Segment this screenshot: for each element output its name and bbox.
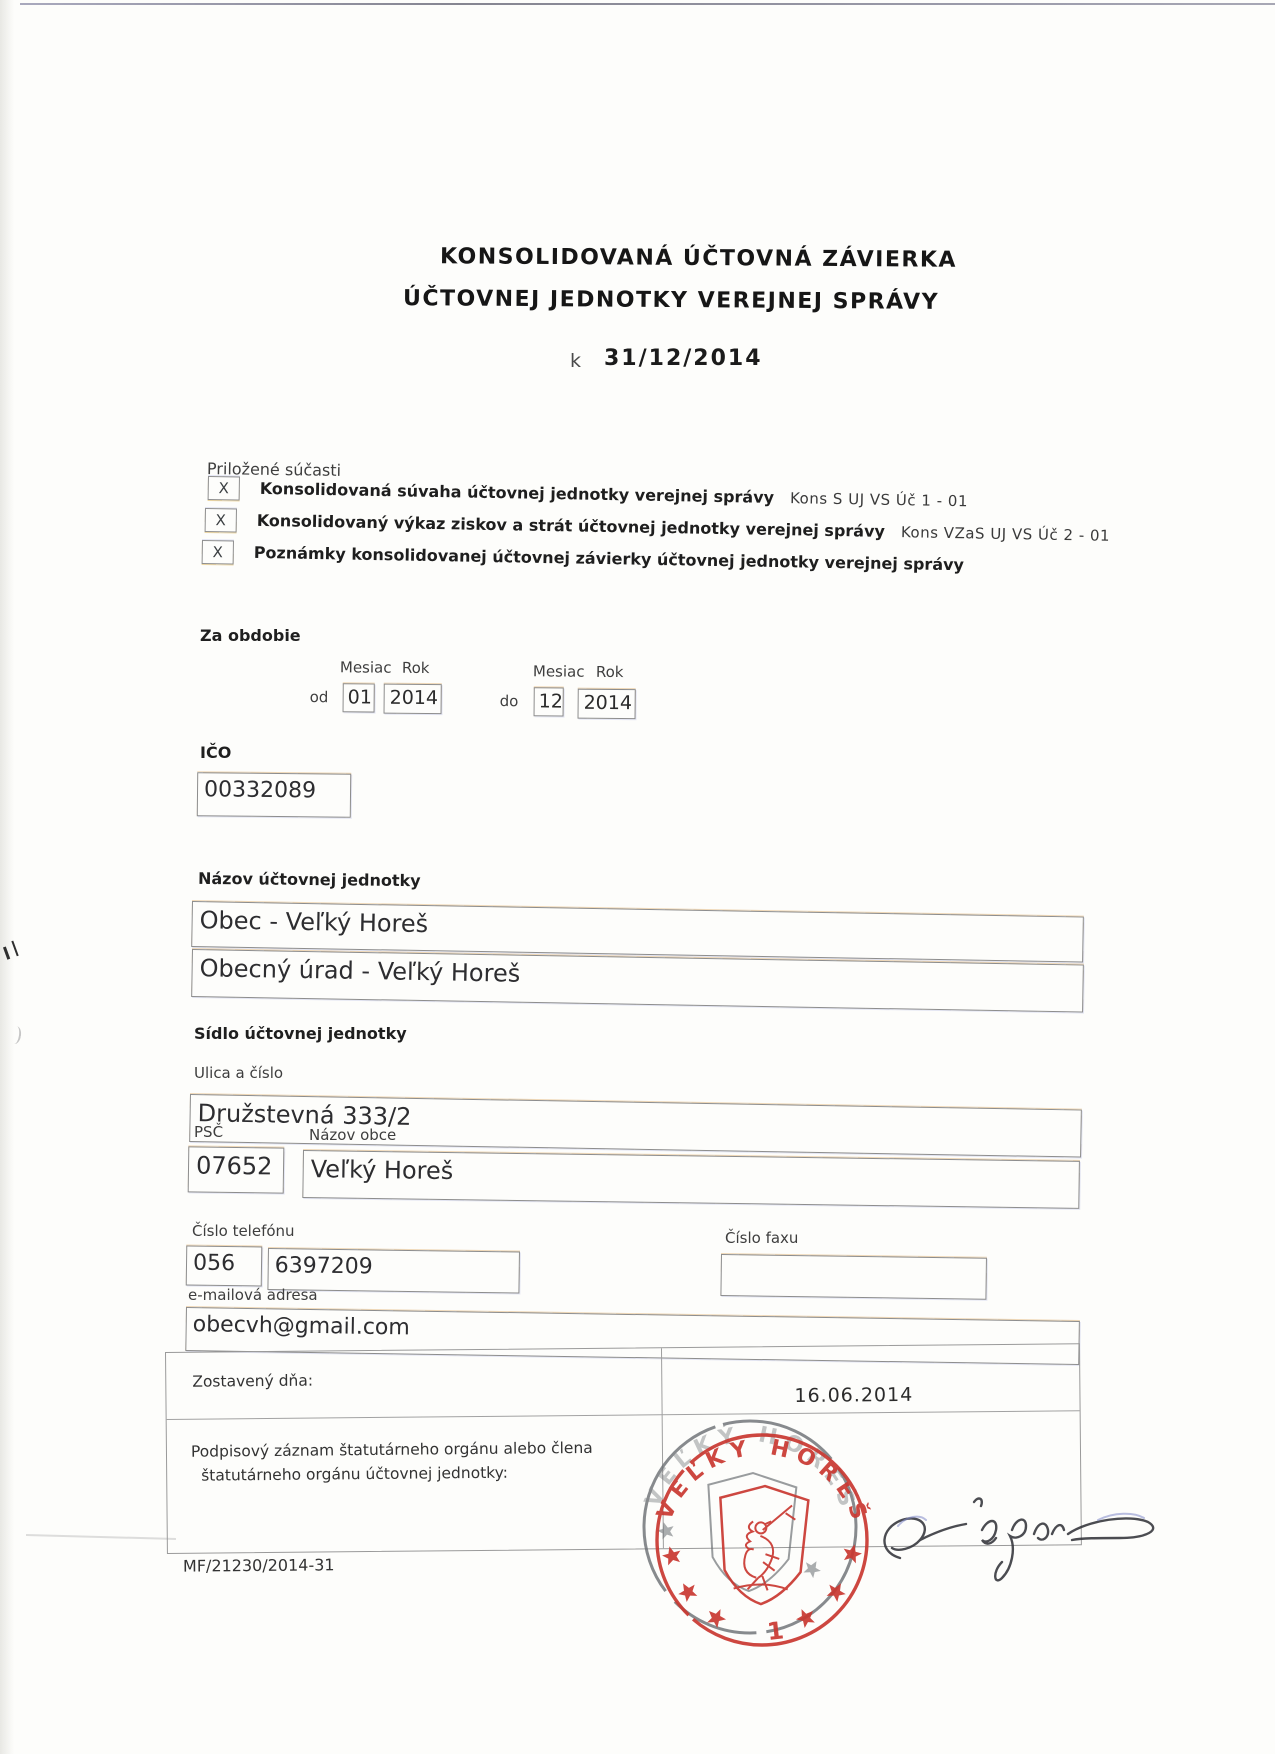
street-label: Ulica a číslo: [194, 1064, 283, 1082]
form-reference: MF/21230/2014-31: [183, 1555, 335, 1575]
attachment-code-2: Kons VZaS UJ VS Úč 2 - 01: [901, 523, 1110, 545]
signatory-label-line2: štatutárneho orgánu účtovnej jednotky:: [201, 1464, 508, 1485]
phone-number-value: 6397209: [269, 1249, 519, 1281]
fax-field: [720, 1254, 987, 1300]
address-heading: Sídlo účtovnej jednotky: [194, 1024, 407, 1043]
month-label-to: Mesiac: [533, 662, 585, 680]
town-value: Veľký Horeš: [304, 1151, 1079, 1194]
stamp-red-strike: VEĽKÝ HOREŠ: [652, 1435, 874, 1646]
entity-heading: Názov účtovnej jednotky: [198, 869, 421, 890]
from-label: od: [310, 688, 329, 706]
attachment-row-3: X Poznámky konsolidovanej účtovnej závie…: [202, 540, 965, 577]
compiled-date: 16.06.2014: [794, 1384, 913, 1407]
stamp-number: 1: [766, 1616, 786, 1646]
entity-name-1: Obec - Veľký Horeš: [192, 902, 1082, 950]
to-label: do: [500, 692, 519, 710]
as-of-label: k: [570, 350, 581, 372]
month-label-from: Mesiac: [340, 658, 392, 676]
signatory-label-line1: Podpisový záznam štatutárneho orgánu ale…: [191, 1439, 593, 1461]
as-of-date: 31/12/2014: [604, 346, 763, 371]
fax-value: [722, 1255, 986, 1263]
checkbox-1: X: [208, 476, 240, 501]
scan-edge-top: [20, 3, 1275, 5]
ico-value: 00332089: [198, 773, 350, 804]
scan-streak: [26, 1534, 176, 1539]
checkbox-2: X: [205, 508, 237, 533]
checkbox-3: X: [202, 540, 234, 565]
town-label: Názov obce: [309, 1126, 396, 1144]
form-title-line1: KONSOLIDOVANÁ ÚČTOVNÁ ZÁVIERKA: [440, 244, 957, 273]
phone-prefix-field: 056: [186, 1245, 263, 1286]
year-label-to: Rok: [596, 663, 624, 681]
phone-prefix-value: 056: [187, 1246, 261, 1276]
attachment-row-1: X Konsolidovaná súvaha účtovnej jednotky…: [208, 476, 969, 513]
scan-mark-2: [9, 1025, 22, 1044]
attachment-label-2: Konsolidovaný výkaz ziskov a strát účtov…: [257, 511, 885, 541]
lion-icon: [734, 1503, 796, 1592]
ico-field: 00332089: [197, 772, 351, 818]
attachment-label-3: Poznámky konsolidovanej účtovnej závierk…: [254, 543, 964, 574]
official-stamp: VEĽKÝ HOREŠ VEĽKÝ HOREŠ: [628, 1406, 896, 1674]
form-title-line2: ÚČTOVNEJ JEDNOTKY VEREJNEJ SPRÁVY: [403, 286, 939, 315]
email-label: e-mailová adresa: [188, 1286, 318, 1304]
from-month-field: 01: [343, 683, 375, 712]
from-year-field: 2014: [384, 684, 442, 715]
signature: [862, 1486, 1172, 1606]
ico-label: IČO: [200, 743, 231, 762]
phone-label: Číslo telefónu: [192, 1222, 295, 1240]
table-row-divider: [167, 1410, 1080, 1420]
to-month-field: 12: [534, 687, 564, 716]
attachment-label-1: Konsolidovaná súvaha účtovnej jednotky v…: [260, 479, 775, 507]
scan-edge-left: [0, 0, 14, 1754]
period-heading: Za obdobie: [200, 626, 301, 645]
zip-label: PSČ: [194, 1123, 223, 1141]
compiled-label: Zostavený dňa:: [192, 1372, 313, 1391]
town-field: Veľký Horeš: [302, 1150, 1080, 1209]
scanned-form-page: KONSOLIDOVANÁ ÚČTOVNÁ ZÁVIERKA ÚČTOVNEJ …: [0, 0, 1275, 1754]
fax-label: Číslo faxu: [725, 1229, 798, 1247]
zip-field: 07652: [188, 1146, 285, 1193]
year-label-from: Rok: [402, 659, 430, 677]
attachment-code-1: Kons S UJ VS Úč 1 - 01: [790, 489, 968, 510]
zip-value: 07652: [189, 1147, 283, 1180]
to-year-field: 2014: [578, 689, 636, 720]
